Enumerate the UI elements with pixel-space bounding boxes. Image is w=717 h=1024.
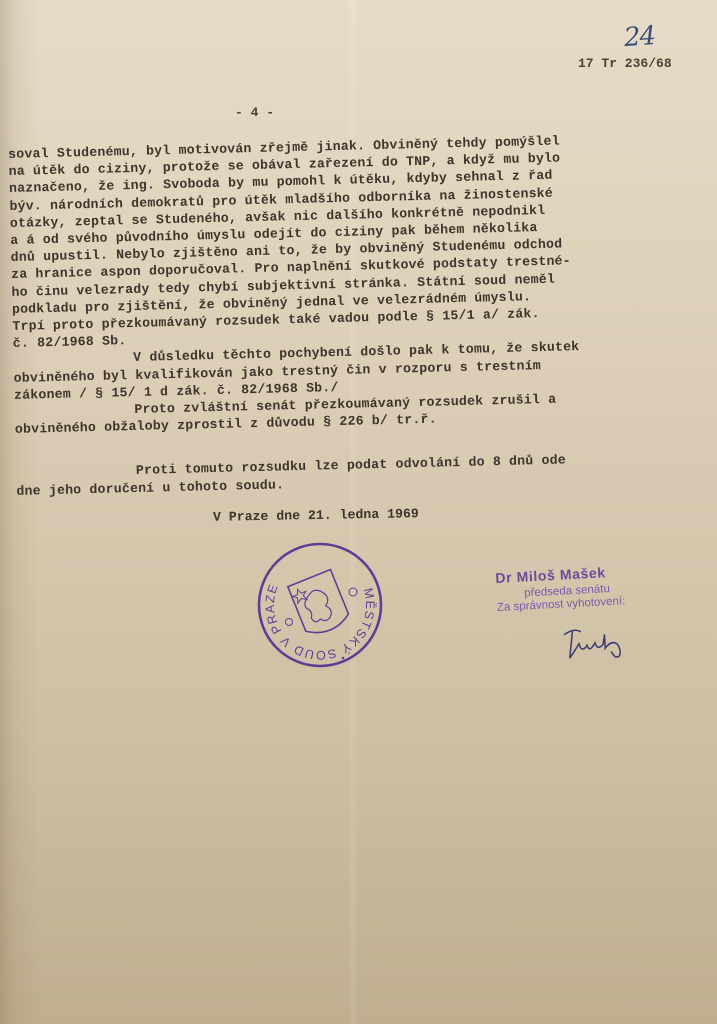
signature-block: Dr Miloš Mašek předseda senátu Za správn… bbox=[495, 561, 667, 614]
paragraph-reasoning: soval Studenému, byl motivován zřejmě ji… bbox=[8, 129, 713, 352]
case-reference: 17 Tr 236/68 bbox=[578, 56, 672, 71]
place-and-date: V Praze dne 21. ledna 1969 bbox=[213, 506, 419, 525]
document-page: 24 17 Tr 236/68 - 4 - soval Studenému, b… bbox=[0, 0, 717, 1024]
document-body: soval Studenému, byl motivován zřejmě ji… bbox=[8, 129, 716, 500]
page-number: - 4 - bbox=[235, 105, 274, 120]
handwritten-signature-icon bbox=[560, 621, 632, 665]
stamp-text: MĚSTSKÝ SOUD V PRAZE bbox=[255, 548, 385, 670]
court-stamp-icon: MĚSTSKÝ SOUD V PRAZE bbox=[255, 540, 385, 670]
handwritten-folio-number: 24 bbox=[623, 21, 656, 53]
svg-text:MĚSTSKÝ SOUD V PRAZE: MĚSTSKÝ SOUD V PRAZE bbox=[255, 548, 385, 670]
